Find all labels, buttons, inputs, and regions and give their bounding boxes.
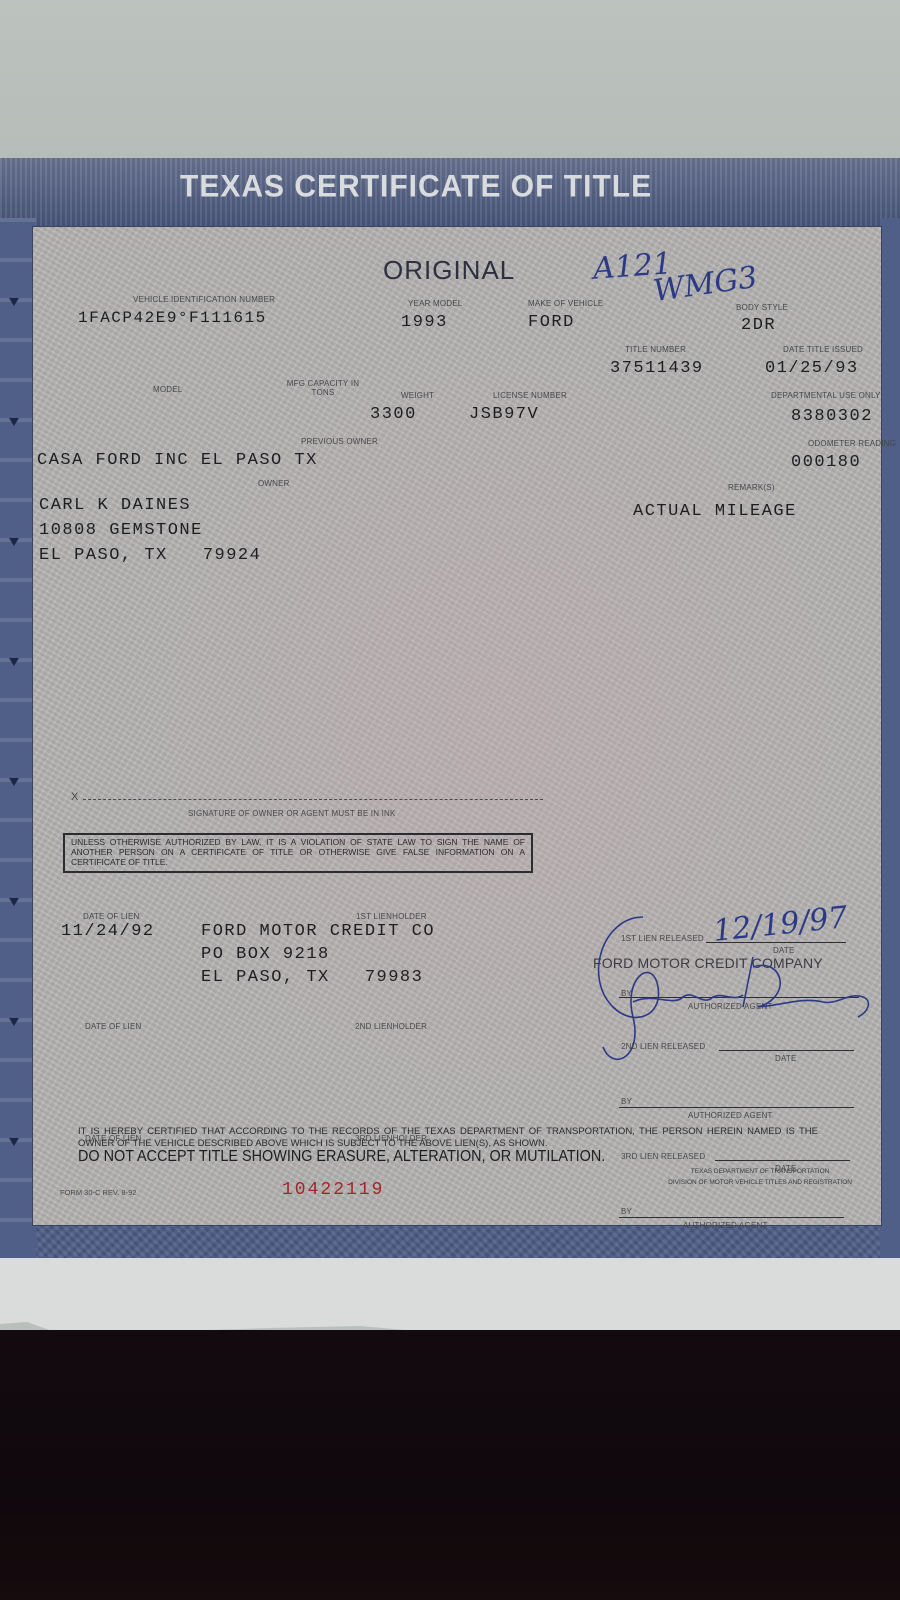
owner-city: EL PASO, TX 79924 xyxy=(39,546,261,565)
title-number-label: TITLE NUMBER xyxy=(625,345,686,354)
dark-background xyxy=(0,1330,900,1600)
chevron-down-icon xyxy=(9,298,19,306)
second-release-date-caption: DATE xyxy=(775,1054,797,1063)
vin-label: VEHICLE IDENTIFICATION NUMBER xyxy=(133,295,275,304)
first-lien-date-label: DATE OF LIEN xyxy=(83,912,139,921)
owner-label: OWNER xyxy=(258,479,290,488)
first-lienholder-street: PO BOX 9218 xyxy=(201,945,330,964)
chevron-down-icon xyxy=(9,778,19,786)
owner-street: 10808 GEMSTONE xyxy=(39,521,203,540)
chevron-down-icon xyxy=(9,1018,19,1026)
remarks-value: ACTUAL MILEAGE xyxy=(633,502,797,521)
body-style-value: 2DR xyxy=(741,316,776,335)
date-issued-value: 01/25/93 xyxy=(765,359,859,378)
dept-line2: DIVISION OF MOTOR VEHICLE TITLES AND REG… xyxy=(668,1177,852,1188)
chevron-down-icon xyxy=(9,898,19,906)
vin-value: 1FACP42E9°F111615 xyxy=(78,309,267,327)
first-lienholder-label: 1ST LIENHOLDER xyxy=(356,912,427,921)
warning-box: UNLESS OTHERWISE AUTHORIZED BY LAW, IT I… xyxy=(63,833,533,873)
previous-owner-label: PREVIOUS OWNER xyxy=(301,437,378,446)
body-style-label: BODY STYLE xyxy=(736,303,788,312)
form-number: FORM 30-C REV. 8-92 xyxy=(60,1188,136,1197)
chevron-down-icon xyxy=(9,1138,19,1146)
third-by-label: BY xyxy=(621,1207,632,1216)
first-lien-date: 11/24/92 xyxy=(61,922,155,941)
signature-x-mark: X xyxy=(71,791,79,803)
certificate-of-title: TEXAS CERTIFICATE OF TITLE ORIGINAL A121… xyxy=(0,158,900,1258)
second-agent-caption: AUTHORIZED AGENT xyxy=(688,1111,773,1120)
title-number-value: 37511439 xyxy=(610,359,704,378)
weight-label: WEIGHT xyxy=(401,391,434,400)
remarks-label: REMARK(S) xyxy=(728,483,775,492)
certification-statement: IT IS HEREBY CERTIFIED THAT ACCORDING TO… xyxy=(78,1126,818,1150)
second-agent-line[interactable] xyxy=(619,1107,854,1108)
make-label: MAKE OF VEHICLE xyxy=(528,299,603,308)
right-security-border xyxy=(880,218,900,1258)
date-issued-label: DATE TITLE ISSUED xyxy=(783,345,863,354)
dept-line1: TEXAS DEPARTMENT OF TRANSPORTATION xyxy=(668,1166,852,1177)
second-by-label: BY xyxy=(621,1097,632,1106)
owner-name: CARL K DAINES xyxy=(39,496,191,515)
second-lienholder-label: 2ND LIENHOLDER xyxy=(355,1022,427,1031)
document-title: TEXAS CERTIFICATE OF TITLE xyxy=(180,169,652,205)
previous-owner-value: CASA FORD INC EL PASO TX xyxy=(37,451,318,470)
year-model-label: YEAR MODEL xyxy=(408,299,462,308)
second-release-date-line[interactable] xyxy=(719,1050,854,1051)
model-label: MODEL xyxy=(153,385,182,394)
certificate-face: ORIGINAL A121 WMG3 VEHICLE IDENTIFICATIO… xyxy=(32,226,882,1226)
left-security-border xyxy=(0,218,36,1258)
third-agent-caption: AUTHORIZED AGENT xyxy=(683,1221,768,1230)
third-agent-line[interactable] xyxy=(619,1217,844,1218)
third-lien-released-label: 3RD LIEN RELEASED xyxy=(621,1152,705,1161)
original-stamp: ORIGINAL xyxy=(383,255,515,286)
year-model-value: 1993 xyxy=(401,313,448,332)
do-not-accept-warning: DO NOT ACCEPT TITLE SHOWING ERASURE, ALT… xyxy=(78,1148,605,1166)
license-label: LICENSE NUMBER xyxy=(493,391,567,400)
issuing-department: TEXAS DEPARTMENT OF TRANSPORTATION DIVIS… xyxy=(668,1166,852,1188)
dept-use-value: 8380302 xyxy=(791,407,873,426)
second-lien-released-label: 2ND LIEN RELEASED xyxy=(621,1042,705,1051)
make-value: FORD xyxy=(528,313,575,332)
odometer-label: ODOMETER READING xyxy=(808,439,896,448)
chevron-down-icon xyxy=(9,658,19,666)
owner-signature-line[interactable] xyxy=(83,799,543,800)
signature-caption: SIGNATURE OF OWNER OR AGENT MUST BE IN I… xyxy=(188,809,396,818)
control-number: 10422119 xyxy=(282,1180,384,1200)
chevron-down-icon xyxy=(9,418,19,426)
chevron-down-icon xyxy=(9,538,19,546)
first-lienholder-name: FORD MOTOR CREDIT CO xyxy=(201,922,435,941)
first-lienholder-city: EL PASO, TX 79983 xyxy=(201,968,423,987)
title-banner: TEXAS CERTIFICATE OF TITLE xyxy=(0,158,900,230)
weight-value: 3300 xyxy=(370,405,417,424)
mfg-capacity-label: MFG CAPACITY IN TONS xyxy=(283,379,363,397)
third-release-date-line[interactable] xyxy=(715,1160,850,1161)
dept-use-label: DEPARTMENTAL USE ONLY xyxy=(771,391,881,400)
background-surface xyxy=(0,0,900,170)
license-value: JSB97V xyxy=(469,405,539,424)
second-lien-date-label: DATE OF LIEN xyxy=(85,1022,141,1031)
odometer-value: 000180 xyxy=(791,453,861,472)
